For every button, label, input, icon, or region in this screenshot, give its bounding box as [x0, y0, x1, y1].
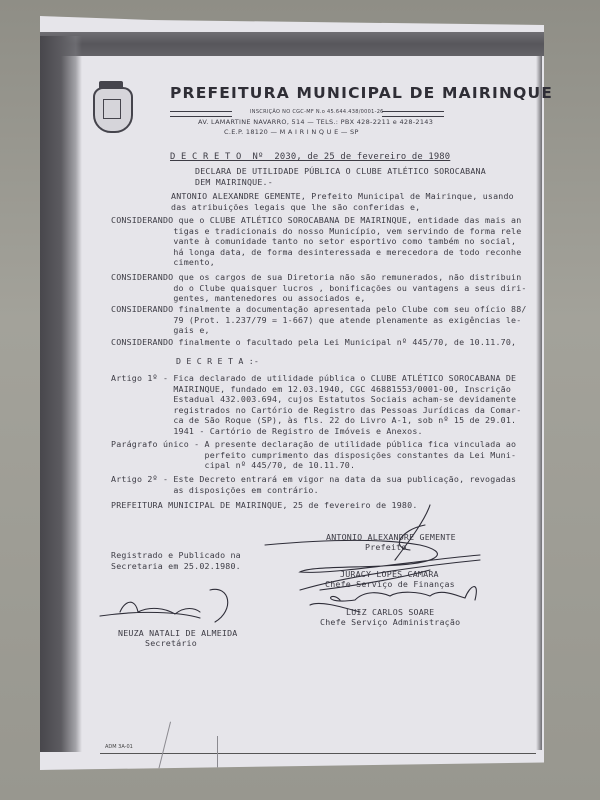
handwritten-signatures — [0, 0, 600, 800]
